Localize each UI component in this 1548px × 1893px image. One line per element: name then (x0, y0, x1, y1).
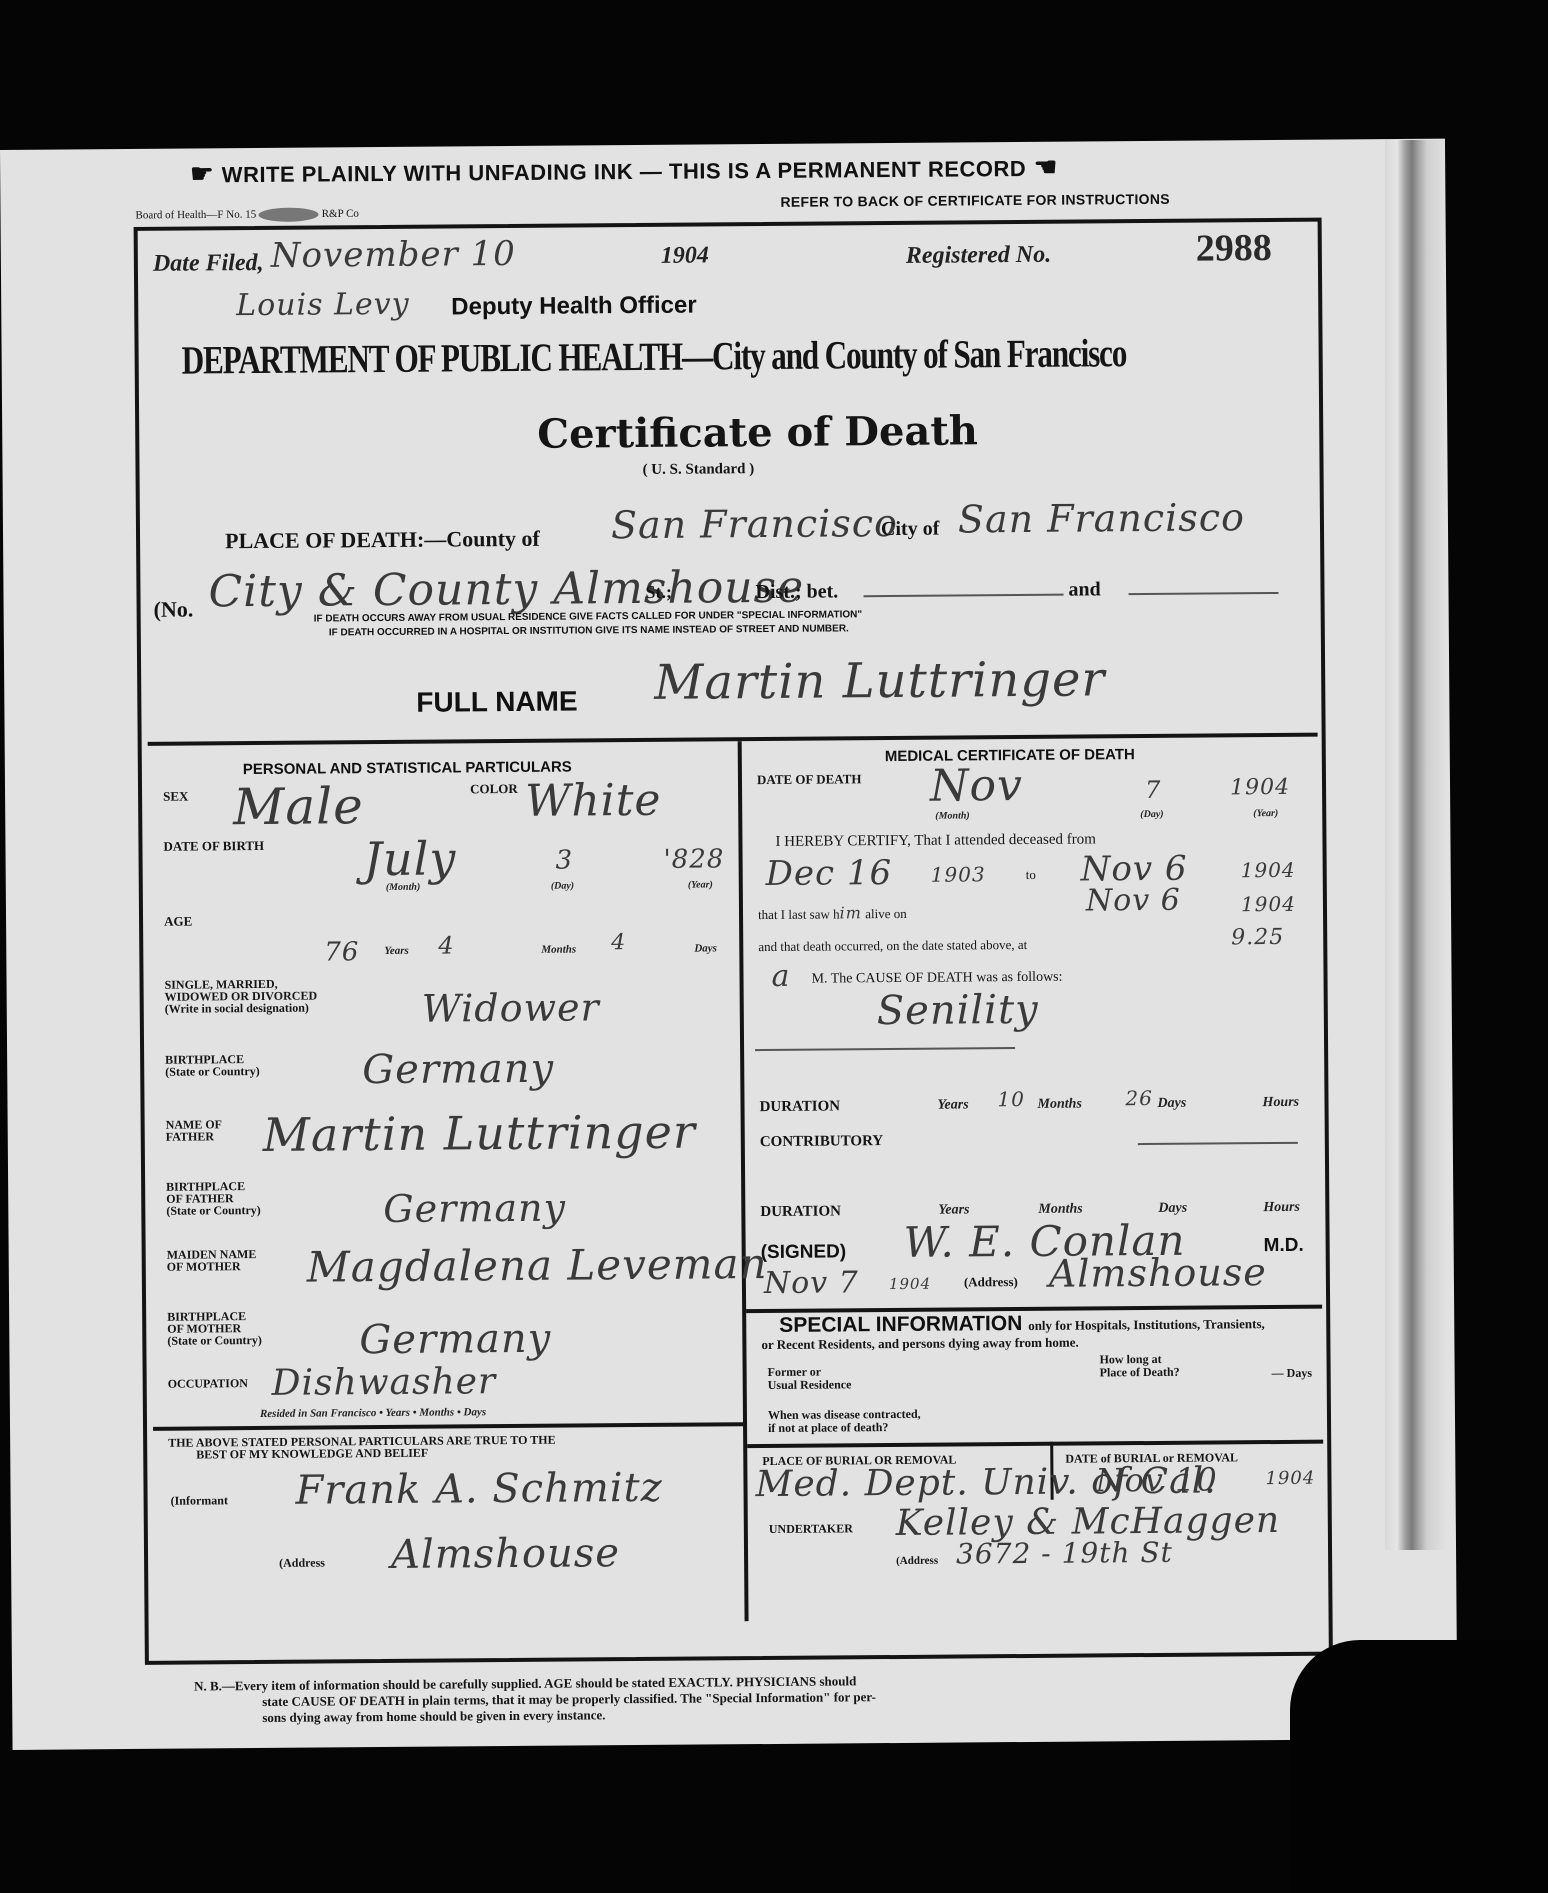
informant-statement: THE ABOVE STATED PERSONAL PARTICULARS AR… (168, 1434, 556, 1461)
burial-year-value: 1904 (1265, 1468, 1315, 1489)
father-bp-label-3: (State or Country) (166, 1204, 261, 1217)
no-label: (No. (154, 596, 194, 622)
age-months: 4 (438, 931, 455, 959)
department-title: DEPARTMENT OF PUBLIC HEALTH—City and Cou… (181, 329, 1126, 383)
cause-text: M. The CAUSE OF DEATH was as follows: (811, 970, 1062, 988)
date-filed-label: Date Filed, (153, 250, 264, 278)
dod-day: 7 (1145, 776, 1162, 804)
informant-address-value: Almshouse (391, 1530, 620, 1578)
contributory-label: CONTRIBUTORY (760, 1133, 884, 1151)
special-heading-note: only for Hospitals, Institutions, Transi… (1028, 1316, 1265, 1333)
duration-months-label: Months (1037, 1097, 1081, 1113)
alive-on-label: alive on (865, 906, 907, 921)
form-id: Board of Health—F No. 15 R&P Co (135, 207, 358, 223)
age-days-caption: Days (694, 942, 717, 954)
attended-to-year: 1904 (1241, 858, 1296, 882)
duration-2-years: Years (938, 1202, 969, 1218)
color-value: White (525, 775, 662, 827)
death-occurred-text: and that death occurred, on the date sta… (758, 937, 1027, 955)
sex-value: Male (233, 777, 364, 836)
institution-value: City & County Almshouse (208, 562, 804, 618)
standard-label: ( U. S. Standard ) (642, 461, 754, 479)
printer-label: R&P Co (322, 208, 359, 220)
last-saw-him: im (840, 903, 862, 922)
father-label: NAME OF FATHER (166, 1118, 223, 1142)
duration-days-value: 26 (1125, 1086, 1153, 1110)
personal-heading: PERSONAL AND STATISTICAL PARTICULARS (243, 759, 572, 779)
registered-label: Registered No. (906, 242, 1052, 270)
undertaker-label: UNDERTAKER (769, 1521, 853, 1537)
attended-from: Dec 16 (766, 853, 893, 894)
undertaker-address-label: (Address (896, 1555, 938, 1567)
occupation-value: Dishwasher (272, 1361, 497, 1404)
signed-label: (SIGNED) (761, 1241, 847, 1264)
undertaker-address-value: 3672 - 19th St (956, 1536, 1173, 1571)
street-label: St.; (645, 582, 672, 603)
former-label-2: Usual Residence (768, 1378, 852, 1392)
special-heading-label: SPECIAL INFORMATION (779, 1312, 1022, 1337)
scan-shadow (1290, 1640, 1548, 1893)
duration-2-days: Days (1158, 1201, 1187, 1217)
union-label-icon (259, 207, 319, 221)
officer-title: Deputy Health Officer (451, 292, 697, 322)
banner-label: WRITE PLAINLY WITH UNFADING INK — THIS I… (222, 156, 1027, 187)
full-name-value: Martin Luttringer (654, 651, 1106, 711)
attended-from-year: 1903 (931, 862, 986, 886)
duration-2-label: DURATION (760, 1203, 841, 1221)
marital-value: Widower (422, 985, 600, 1030)
banner-text: ☛ WRITE PLAINLY WITH UNFADING INK — THIS… (190, 152, 1058, 190)
duration-months-value: 10 (997, 1087, 1025, 1111)
duration-label: DURATION (759, 1098, 840, 1116)
mother-label: MAIDEN NAME OF MOTHER (167, 1248, 257, 1273)
dob-day-caption: (Day) (551, 881, 574, 892)
dod-month: Nov (930, 760, 1023, 812)
cause-value: Senility (877, 987, 1039, 1034)
birthplace-value: Germany (362, 1046, 554, 1094)
date-filed-value: November 10 (271, 234, 516, 276)
to-label: to (1026, 867, 1036, 883)
pointing-hand-icon: ☚ (1026, 152, 1058, 182)
place-of-death-label: PLACE OF DEATH:—County of (225, 526, 540, 554)
refer-instructions: REFER TO BACK OF CERTIFICATE FOR INSTRUC… (780, 191, 1170, 210)
how-long-label: How long at Place of Death? (1099, 1353, 1179, 1380)
registered-number: 2988 (1196, 226, 1272, 271)
age-months-caption: Months (541, 943, 576, 955)
county-value: San Francisco (611, 501, 898, 547)
marital-label-3: (Write in social designation) (165, 1002, 318, 1015)
book-page-edge (1385, 140, 1445, 1550)
father-birthplace-value: Germany (383, 1186, 566, 1231)
dob-year: '828 (663, 844, 724, 874)
death-time: 9.25 (1231, 925, 1284, 950)
resided-line: Resided in San Francisco • Years • Month… (260, 1406, 486, 1420)
signed-date: Nov 7 (764, 1265, 859, 1301)
city-label: City of (881, 518, 940, 541)
father-birthplace-label: BIRTHPLACE OF FATHER (State or Country) (166, 1180, 261, 1217)
birthplace-label-2: (State or Country) (165, 1065, 260, 1078)
md-label: M.D. (1264, 1235, 1304, 1257)
dod-month-caption: (Month) (935, 810, 970, 821)
signed-year: 1904 (889, 1275, 931, 1293)
mother-label-2: OF MOTHER (167, 1260, 257, 1273)
mother-value: Magdalena Leveman (307, 1239, 768, 1292)
sex-label: SEX (163, 789, 188, 805)
am-pm-value: a (771, 959, 790, 994)
footnote: N. B.—Every item of information should b… (194, 1673, 876, 1726)
full-name-label: FULL NAME (416, 685, 577, 718)
duration-2-hours: Hours (1263, 1200, 1300, 1216)
father-value: Martin Luttringer (263, 1105, 697, 1162)
age-years: 76 (324, 937, 359, 967)
special-heading: SPECIAL INFORMATION only for Hospitals, … (779, 1310, 1265, 1338)
duration-days-label: Days (1157, 1096, 1186, 1112)
dod-label: DATE OF DEATH (757, 771, 862, 788)
physician-address-label: (Address) (964, 1274, 1018, 1290)
dod-day-caption: (Day) (1140, 809, 1163, 820)
duration-hours-label: Hours (1262, 1095, 1299, 1111)
dob-label: DATE OF BIRTH (163, 838, 264, 855)
certificate-paper: ☛ WRITE PLAINLY WITH UNFADING INK — THIS… (0, 139, 1458, 1750)
informant-address-label: (Address (279, 1555, 325, 1570)
mother-birthplace-label: BIRTHPLACE OF MOTHER (State or Country) (167, 1310, 262, 1347)
last-saw-date: Nov 6 (1086, 883, 1181, 919)
former-residence-label: Former or Usual Residence (768, 1365, 852, 1392)
mother-bp-label-3: (State or Country) (167, 1334, 262, 1347)
district-label: Dist.; bet. (755, 580, 838, 604)
how-long-2: Place of Death? (1100, 1366, 1180, 1380)
age-label: AGE (164, 914, 192, 930)
date-filed-year: 1904 (661, 242, 709, 269)
contracted-label: When was disease contracted, if not at p… (768, 1408, 921, 1435)
age-years-caption: Years (384, 945, 409, 957)
certify-text: I HEREBY CERTIFY, That I attended deceas… (775, 831, 1096, 851)
duration-years-label: Years (937, 1097, 968, 1113)
days-label: — Days (1272, 1366, 1312, 1381)
officer-signature: Louis Levy (236, 287, 410, 323)
occupation-label: OCCUPATION (168, 1376, 248, 1392)
pointing-hand-icon: ☛ (190, 158, 222, 188)
contracted-2: if not at place of death? (768, 1421, 921, 1435)
last-saw-year: 1904 (1241, 892, 1296, 916)
informant-label: (Informant (171, 1493, 228, 1508)
physician-address: Almshouse (1049, 1250, 1267, 1296)
certificate-title: Certificate of Death (537, 407, 978, 457)
marital-label: SINGLE, MARRIED, WIDOWED OR DIVORCED (Wr… (165, 978, 318, 1015)
age-days: 4 (611, 930, 626, 955)
last-saw-text: that I last saw him alive on (758, 903, 907, 923)
burial-date-value: Nov 10 (1095, 1460, 1218, 1499)
dob-year-caption: (Year) (688, 879, 713, 890)
dod-year-caption: (Year) (1253, 808, 1278, 819)
city-value: San Francisco (958, 495, 1245, 541)
duration-2-months: Months (1038, 1202, 1082, 1218)
and-label: and (1068, 578, 1100, 601)
mother-birthplace-value: Germany (359, 1316, 551, 1364)
color-label: COLOR (470, 781, 518, 797)
last-saw-label: that I last saw h (758, 906, 840, 922)
birthplace-label: BIRTHPLACE (State or Country) (165, 1053, 260, 1078)
dob-month-caption: (Month) (386, 882, 421, 893)
dob-day: 3 (555, 846, 573, 876)
dob-month: July (363, 831, 456, 886)
form-id-label: Board of Health—F No. 15 (135, 209, 256, 222)
informant-value: Frank A. Schmitz (295, 1465, 663, 1514)
special-note: or Recent Residents, and persons dying a… (761, 1335, 1078, 1353)
dod-year: 1904 (1230, 775, 1290, 800)
father-label-2: FATHER (166, 1130, 222, 1142)
